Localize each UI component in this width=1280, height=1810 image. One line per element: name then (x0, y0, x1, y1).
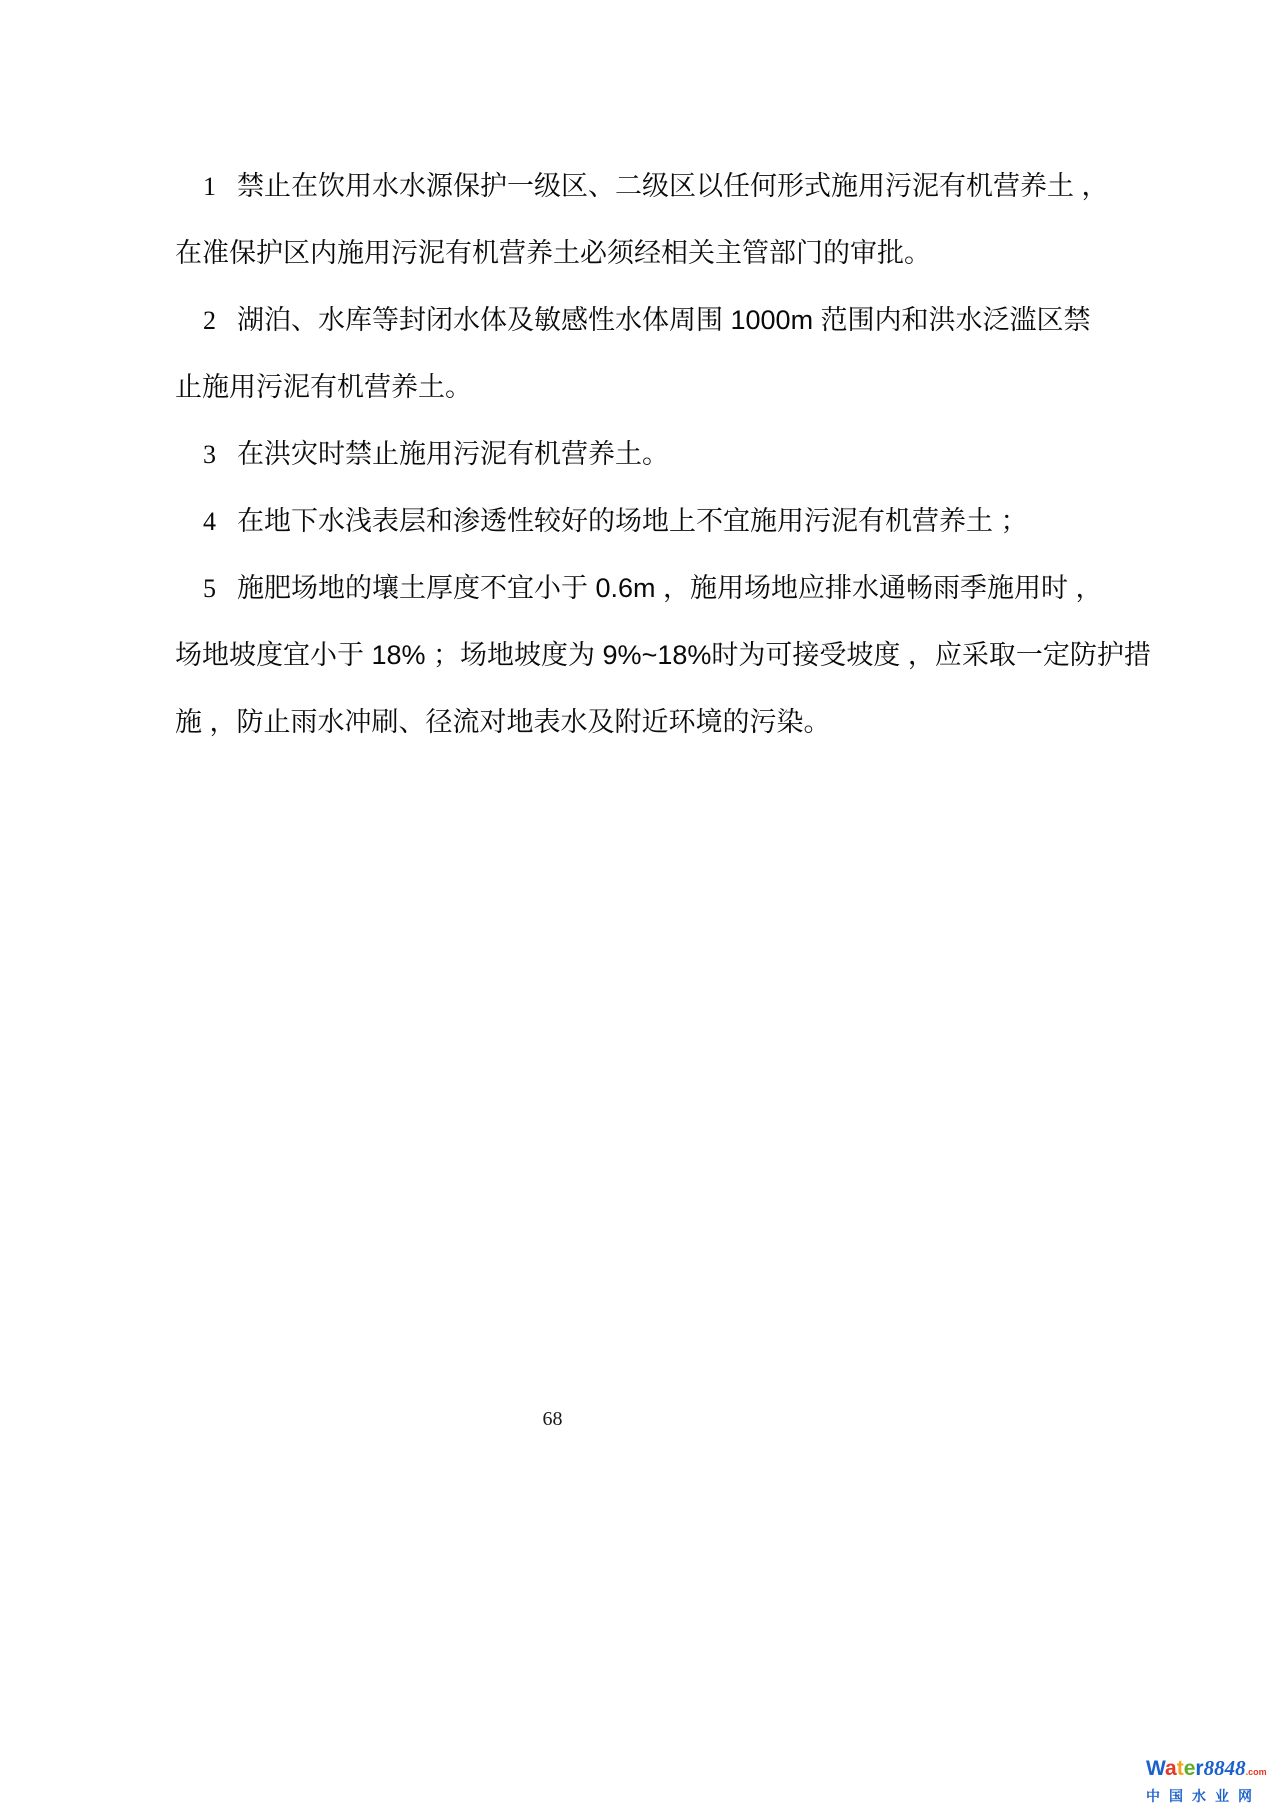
list-item-2-number: 2 (203, 287, 219, 354)
list-item-4-line-1: 4在地下水浅表层和渗透性较好的场地上不宜施用污泥有机营养土 ； (175, 488, 1090, 555)
list-item-3: 3在洪灾时禁止施用污泥有机营养土。 (175, 421, 1090, 488)
logo-letter-e: e (1184, 1757, 1196, 1780)
list-item-2-line-1: 2湖泊、水库等封闭水体及敏感性水体周围 1000m 范围内和洪水泛滥区禁 (175, 287, 1090, 354)
water8848-wordmark: Water8848.com (1146, 1757, 1274, 1784)
list-item-4-number: 4 (203, 488, 219, 555)
document-body: 1禁止在饮用水水源保护一级区、二级区以任何形式施用污泥有机营养土 ， 在准保护区… (175, 153, 1090, 756)
water8848-logo: Water8848.com 中国水业网 (1146, 1757, 1274, 1806)
logo-letter-a: a (1165, 1757, 1177, 1780)
document-page: 1禁止在饮用水水源保护一级区、二级区以任何形式施用污泥有机营养土 ， 在准保护区… (0, 0, 1280, 1810)
list-item-4: 4在地下水浅表层和渗透性较好的场地上不宜施用污泥有机营养土 ； (175, 488, 1090, 555)
list-item-3-line-1: 3在洪灾时禁止施用污泥有机营养土。 (175, 421, 1090, 488)
list-item-5-line-2: 场地坡度宜小于 18% ；场地坡度为 9%~18%时为可接受坡度 ，应采取一定防… (175, 622, 1090, 689)
list-item-3-number: 3 (203, 421, 219, 488)
logo-letter-r: r (1195, 1757, 1203, 1780)
list-item-5-number: 5 (203, 555, 219, 622)
list-item-1-line-1: 1禁止在饮用水水源保护一级区、二级区以任何形式施用污泥有机营养土 ， (175, 153, 1090, 220)
logo-number: 8848 (1204, 1756, 1246, 1780)
list-item-5-line-3: 施 ，防止雨水冲刷、径流对地表水及附近环境的污染。 (175, 689, 1090, 756)
list-item-5-text: 施肥场地的壤土厚度不宜小于 0.6m ，施用场地应排水通畅雨季施用时 ， (237, 573, 1103, 603)
logo-letter-w: W (1146, 1757, 1165, 1780)
list-item-1: 1禁止在饮用水水源保护一级区、二级区以任何形式施用污泥有机营养土 ， 在准保护区… (175, 153, 1090, 287)
list-item-2-line-2: 止施用污泥有机营养土。 (175, 354, 1090, 421)
list-item-2: 2湖泊、水库等封闭水体及敏感性水体周围 1000m 范围内和洪水泛滥区禁 止施用… (175, 287, 1090, 421)
list-item-2-text: 湖泊、水库等封闭水体及敏感性水体周围 1000m 范围内和洪水泛滥区禁 (237, 305, 1091, 335)
logo-letter-t: t (1177, 1757, 1184, 1780)
list-item-1-number: 1 (203, 153, 219, 220)
list-item-3-text: 在洪灾时禁止施用污泥有机营养土。 (237, 439, 669, 469)
list-item-4-text: 在地下水浅表层和渗透性较好的场地上不宜施用污泥有机营养土 ； (237, 506, 1028, 536)
logo-subtitle: 中国水业网 (1146, 1786, 1274, 1806)
list-item-5-line-1: 5施肥场地的壤土厚度不宜小于 0.6m ，施用场地应排水通畅雨季施用时 ， (175, 555, 1090, 622)
logo-com-suffix: .com (1246, 1767, 1267, 1777)
list-item-1-text: 禁止在饮用水水源保护一级区、二级区以任何形式施用污泥有机营养土 ， (237, 171, 1109, 201)
page-number: 68 (0, 1408, 1105, 1431)
list-item-1-line-2: 在准保护区内施用污泥有机营养土必须经相关主管部门的审批。 (175, 220, 1090, 287)
list-item-5: 5施肥场地的壤土厚度不宜小于 0.6m ，施用场地应排水通畅雨季施用时 ， 场地… (175, 555, 1090, 756)
